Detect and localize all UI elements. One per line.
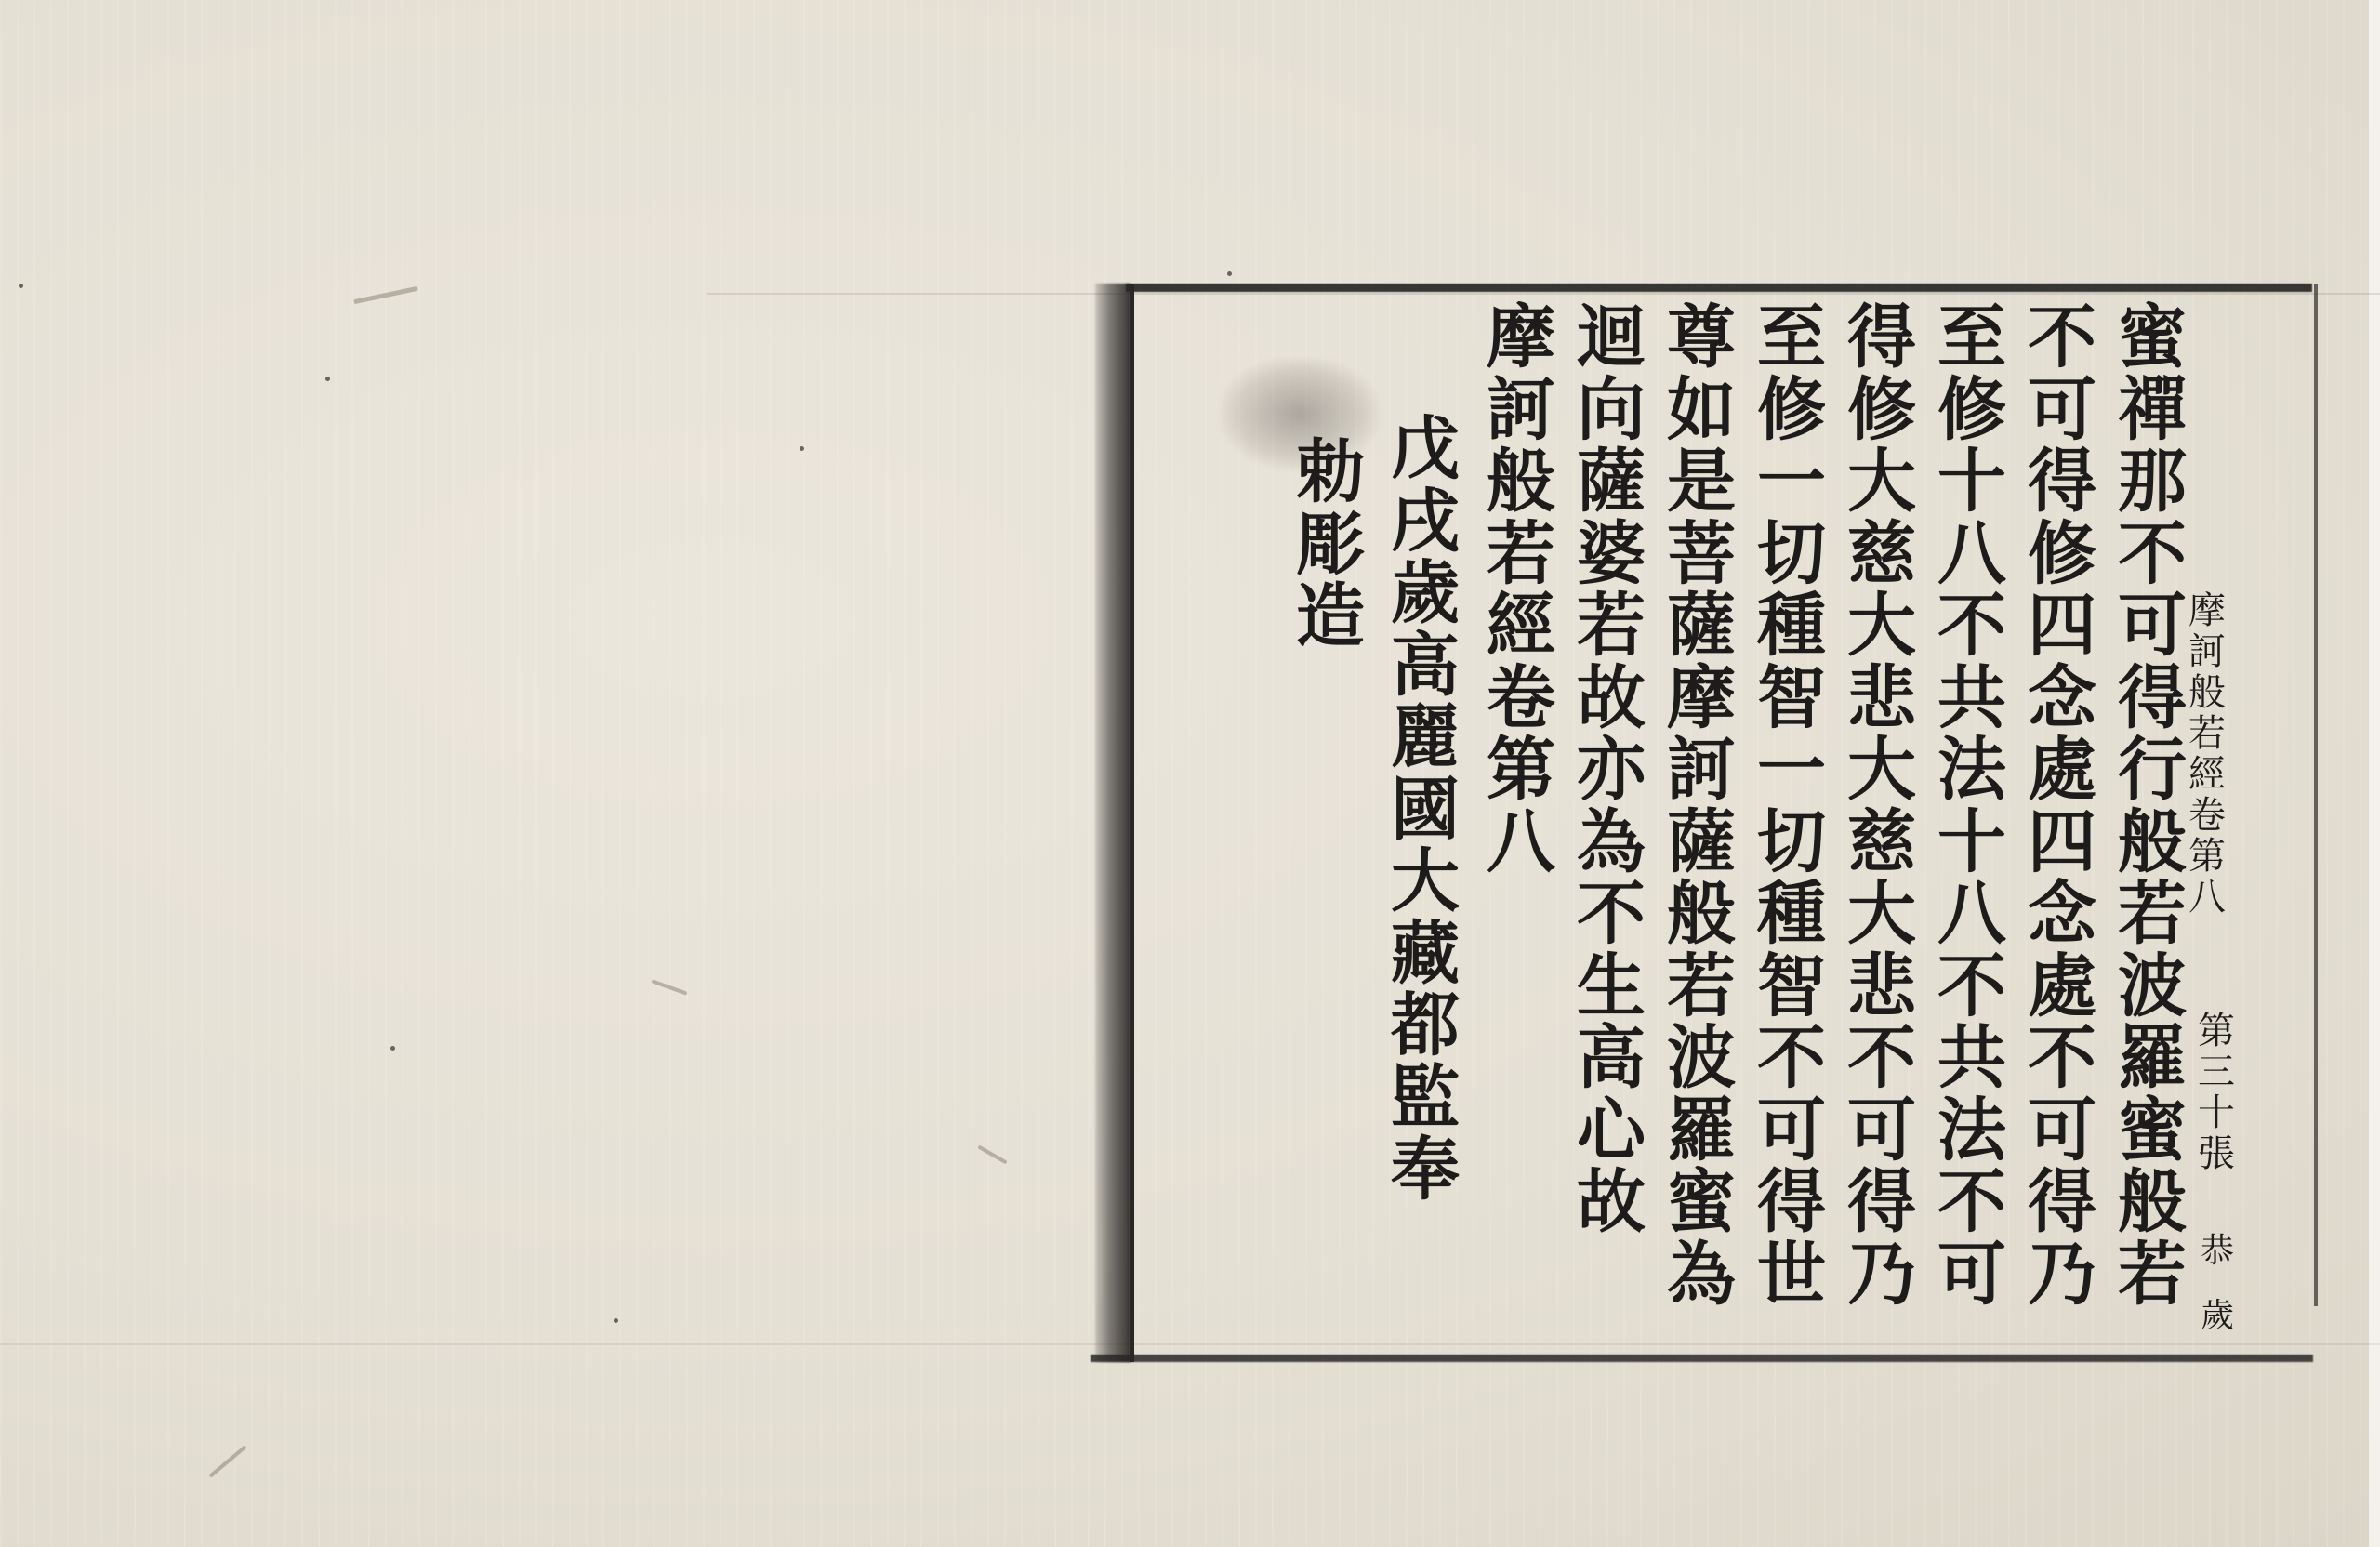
glyph: 藏 [1386,919,1464,991]
glyph: 訶 [1482,375,1560,447]
glyph: 勅 [1291,437,1369,509]
glyph: 心 [1572,1095,1650,1168]
glyph: 悲 [1843,951,1921,1024]
glyph: 國 [1386,774,1464,847]
glyph: 訶 [1662,734,1740,807]
paper-edge [2369,0,2380,1547]
glyph: 若 [2113,879,2191,951]
glyph: 高 [1572,1023,1650,1095]
glyph: 切 [1752,519,1831,591]
glyph: 故 [1572,663,1650,735]
glyph: 卷 [2186,795,2228,836]
glyph: 可 [1933,1239,2011,1312]
glyph: 張 [2195,1133,2238,1174]
margin-title-column: 摩訶般若經卷第八 [2186,590,2228,918]
glyph: 不 [1933,1167,2011,1239]
glyph: 摩 [1662,663,1740,735]
glyph: 造 [1291,581,1369,654]
glyph: 十 [1933,446,2011,519]
glyph: 第 [2186,836,2228,877]
glyph: 蜜 [2113,1095,2191,1168]
glyph: 般 [2186,672,2228,713]
glyph: 般 [2113,807,2191,879]
glyph: 摩 [1482,302,1560,375]
text-column-3: 至修十八不共法十八不共法不可 [1933,302,2011,1311]
glyph: 大 [1843,446,1921,519]
glyph: 行 [2113,734,2191,807]
glyph: 婆 [1572,519,1650,591]
margin-mark-2: 歲 [2197,1297,2238,1336]
glyph: 十 [2195,1092,2238,1133]
glyph: 念 [2023,879,2101,951]
glyph: 修 [2023,519,2101,591]
glyph: 共 [1933,663,2011,735]
glyph: 八 [2186,877,2228,918]
glyph: 不 [2023,1023,2101,1095]
glyph: 般 [2113,1167,2191,1239]
glyph: 第 [2195,1011,2238,1051]
glyph: 若 [2186,713,2228,754]
glyph: 彫 [1291,509,1369,582]
glyph: 切 [1752,807,1831,879]
glyph: 可 [2113,590,2191,663]
glyph: 那 [2113,446,2191,519]
block-border-top [1126,284,2312,292]
block-border-left-shadow [1095,284,1130,1362]
glyph: 第 [1482,734,1560,807]
glyph: 不 [1752,1023,1831,1095]
glyph: 可 [2023,1095,2101,1168]
colophon-date-column: 戊戌歲高麗國大藏都監奉 [1386,414,1464,1207]
margin-page-number: 第三十張 [2195,1011,2238,1174]
glyph: 波 [2113,951,2191,1024]
glyph: 八 [1933,879,2011,951]
glyph: 念 [2023,663,2101,735]
glyph: 大 [1843,879,1921,951]
glyph: 故 [1572,1167,1650,1239]
glyph: 一 [1752,734,1831,807]
glyph: 恭 [2197,1232,2238,1271]
glyph: 向 [1572,375,1650,447]
glyph: 經 [1482,590,1560,663]
glyph: 蜜 [1662,1167,1740,1239]
glyph: 四 [2023,590,2101,663]
glyph: 八 [1482,807,1560,879]
glyph: 法 [1933,1095,2011,1168]
glyph: 法 [1933,734,2011,807]
glyph: 高 [1386,630,1464,703]
glyph: 可 [2023,375,2101,447]
glyph: 波 [1662,1023,1740,1095]
glyph: 得 [2113,663,2191,735]
glyph: 四 [2023,807,2101,879]
glyph: 至 [1933,302,2011,375]
glyph: 麗 [1386,702,1464,774]
glyph: 得 [1752,1167,1831,1239]
glyph: 不 [2023,302,2101,375]
glyph: 慈 [1843,807,1921,879]
glyph: 歲 [1386,558,1464,630]
text-column-6: 尊如是菩薩摩訶薩般若波羅蜜為 [1662,302,1740,1311]
glyph: 羅 [1662,1095,1740,1168]
glyph: 種 [1752,879,1831,951]
glyph: 為 [1572,807,1650,879]
glyph: 至 [1752,302,1831,375]
glyph: 得 [1843,302,1921,375]
margin-mark-1: 恭 [2197,1232,2238,1271]
glyph: 經 [2186,754,2228,795]
glyph: 般 [1662,879,1740,951]
glyph: 十 [1933,807,2011,879]
glyph: 大 [1386,846,1464,919]
text-column-4: 得修大慈大悲大慈大悲不可得乃 [1843,302,1921,1311]
glyph: 若 [1662,951,1740,1024]
glyph: 訶 [2186,631,2228,672]
text-column-2: 不可得修四念處四念處不可得乃 [2023,302,2101,1311]
paper-speck [390,1046,395,1051]
glyph: 戊 [1386,414,1464,486]
glyph: 卷 [1482,663,1560,735]
glyph: 一 [1752,446,1831,519]
text-column-5: 至修一切種智一切種智不可得世 [1752,302,1831,1311]
glyph: 監 [1386,1063,1464,1135]
paper-speck [19,284,23,288]
glyph: 羅 [2113,1023,2191,1095]
glyph: 三 [2195,1051,2238,1092]
glyph: 尊 [1662,302,1740,375]
paper-speck [800,446,804,451]
colophon-engraved-column: 勅彫造 [1291,437,1369,654]
block-border-right [2314,284,2318,1306]
glyph: 智 [1752,951,1831,1024]
glyph: 不 [1933,590,2011,663]
glyph: 乃 [2023,1239,2101,1312]
glyph: 得 [2023,446,2101,519]
glyph: 修 [1933,375,2011,447]
glyph: 都 [1386,990,1464,1063]
glyph: 戌 [1386,486,1464,559]
glyph: 迴 [1572,302,1650,375]
glyph: 如 [1662,375,1740,447]
glyph: 不 [1933,951,2011,1024]
glyph: 摩 [2186,590,2228,631]
glyph: 修 [1752,375,1831,447]
glyph: 種 [1752,590,1831,663]
block-border-left [1130,284,1134,1362]
glyph: 悲 [1843,663,1921,735]
glyph: 修 [1843,375,1921,447]
paper-speck [1227,271,1232,276]
glyph: 歲 [2197,1297,2238,1336]
glyph: 蜜 [2113,302,2191,375]
glyph: 不 [2113,519,2191,591]
glyph: 得 [2023,1167,2101,1239]
glyph: 若 [2113,1239,2191,1312]
glyph: 禪 [2113,375,2191,447]
glyph: 乃 [1843,1239,1921,1312]
block-border-bottom [1091,1355,2313,1362]
glyph: 八 [1933,519,2011,591]
glyph: 亦 [1572,734,1650,807]
glyph: 不 [1843,1023,1921,1095]
glyph: 世 [1752,1239,1831,1312]
text-column-1: 蜜禪那不可得行般若波羅蜜般若 [2113,302,2191,1311]
glyph: 大 [1843,734,1921,807]
paper-speck [325,377,330,381]
paper-speck [614,1318,618,1323]
glyph: 薩 [1662,807,1740,879]
glyph: 奉 [1386,1134,1464,1207]
glyph: 不 [1572,879,1650,951]
glyph: 菩 [1662,519,1740,591]
glyph: 處 [2023,951,2101,1024]
glyph: 處 [2023,734,2101,807]
glyph: 般 [1482,446,1560,519]
glyph: 智 [1752,663,1831,735]
glyph: 大 [1843,590,1921,663]
glyph: 若 [1482,519,1560,591]
glyph: 薩 [1662,590,1740,663]
glyph: 薩 [1572,446,1650,519]
glyph: 若 [1572,590,1650,663]
text-column-7: 迴向薩婆若故亦為不生高心故 [1572,302,1650,1239]
glyph: 是 [1662,446,1740,519]
glyph: 生 [1572,951,1650,1024]
glyph: 為 [1662,1239,1740,1312]
colophon-title-column: 摩訶般若經卷第八 [1482,302,1560,879]
glyph: 得 [1843,1167,1921,1239]
glyph: 慈 [1843,519,1921,591]
glyph: 可 [1843,1095,1921,1168]
glyph: 可 [1752,1095,1831,1168]
glyph: 共 [1933,1023,2011,1095]
printed-block: 摩訶般若經卷第八 第三十張 恭 歲 蜜禪那不可得行般若波羅蜜般若 不可得修四念處… [1128,284,2310,1362]
